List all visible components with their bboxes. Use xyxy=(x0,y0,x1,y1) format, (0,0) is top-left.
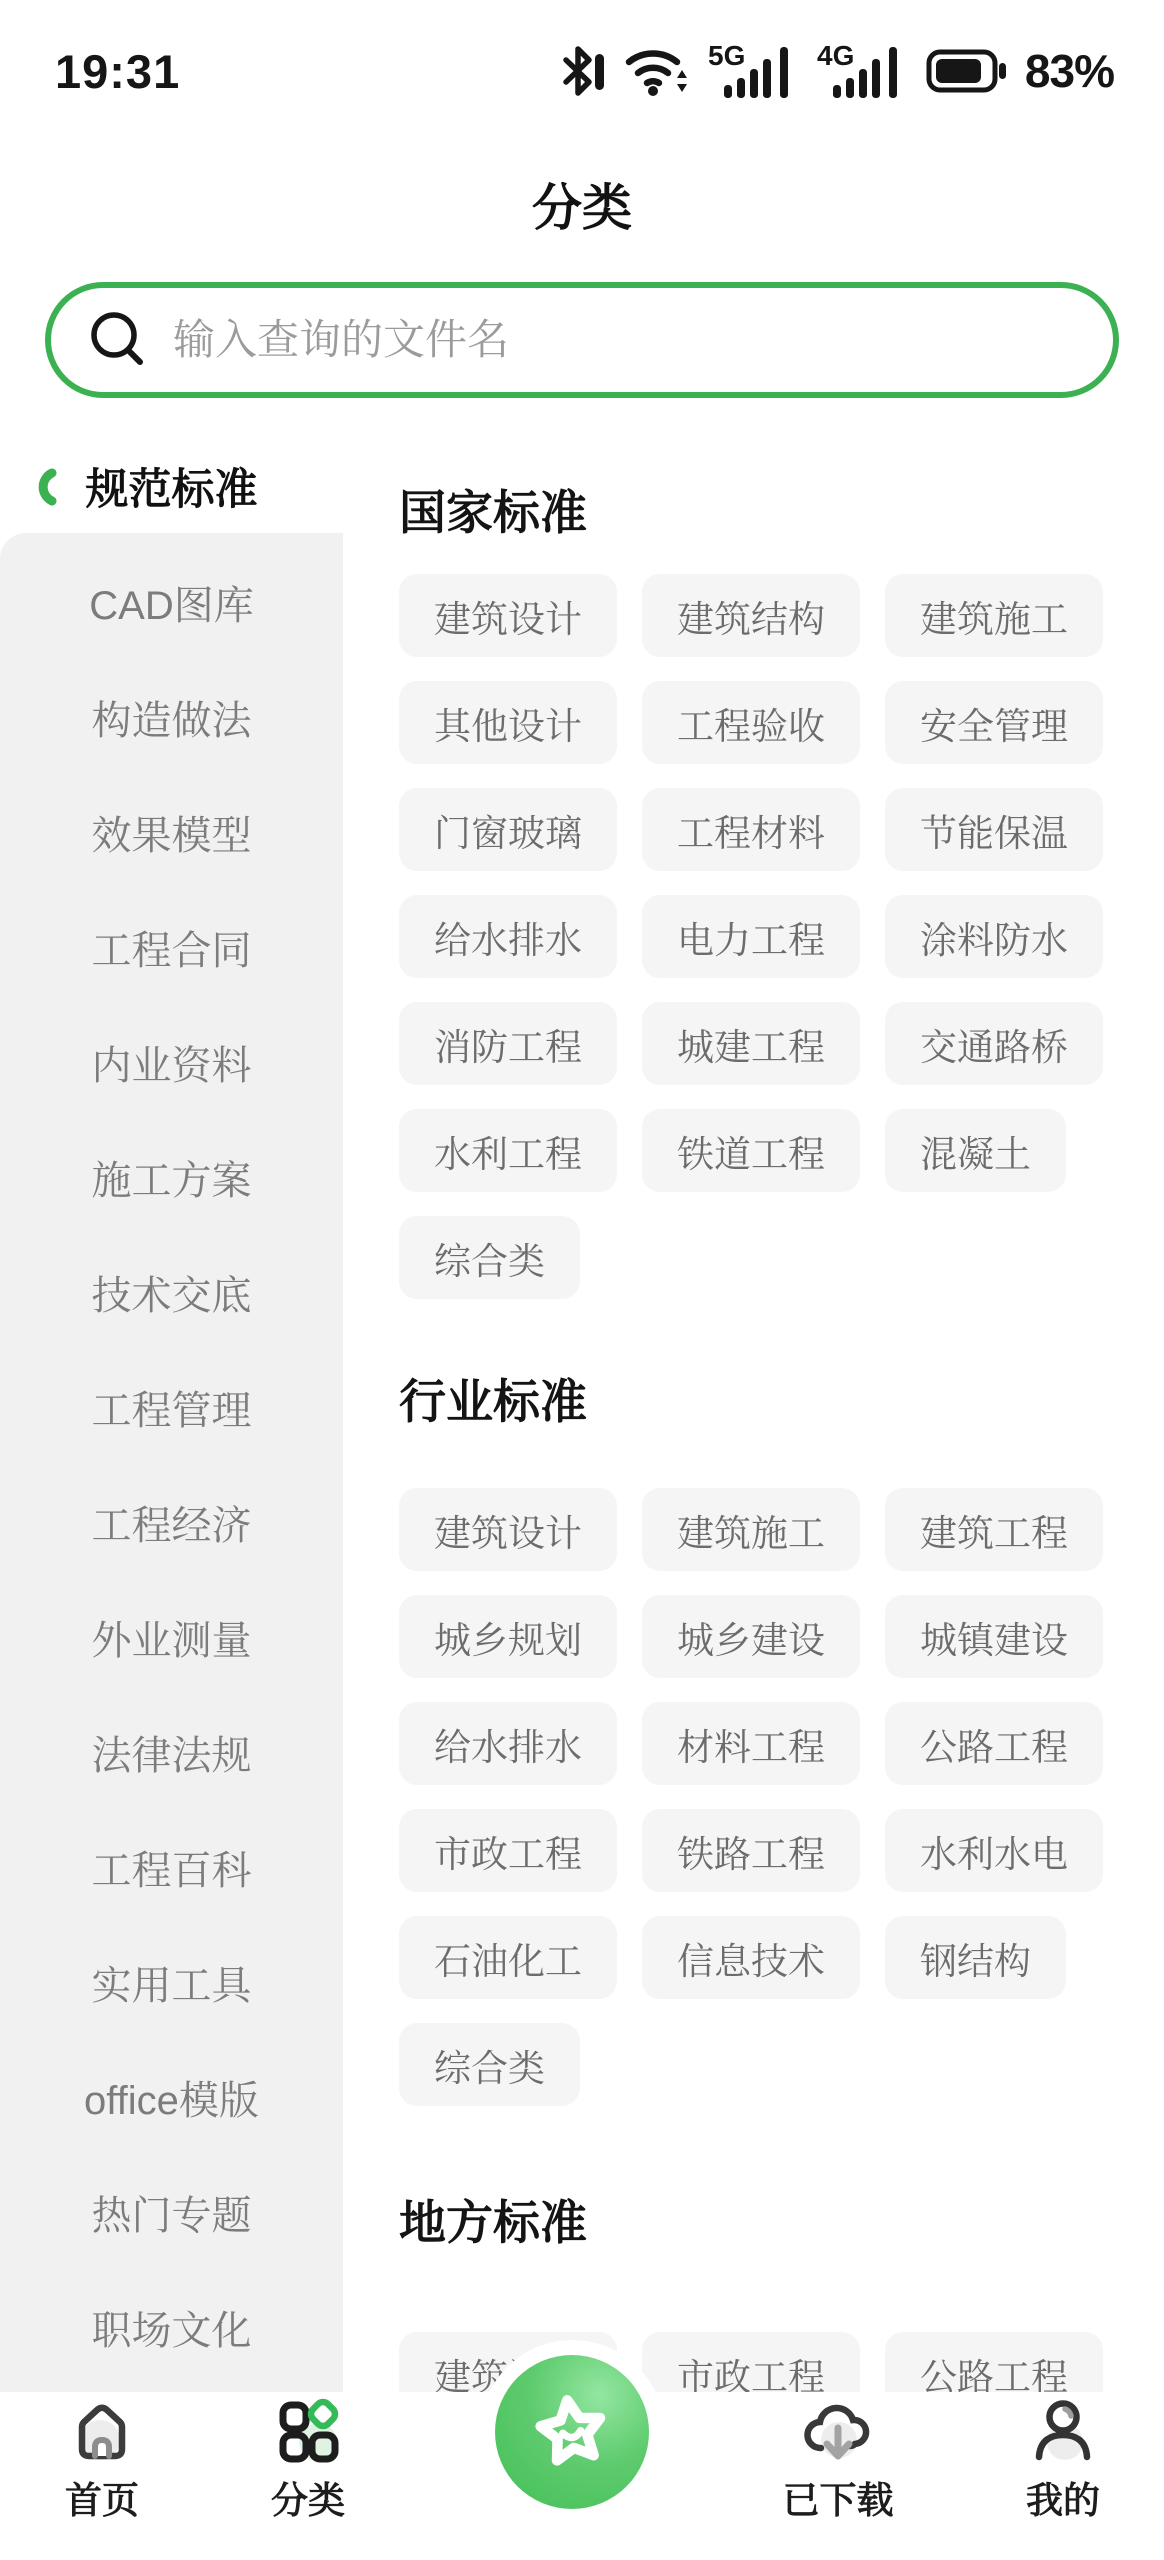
sidebar-item[interactable]: office模版 xyxy=(0,2040,343,2155)
wifi-icon xyxy=(625,44,691,98)
sidebar-item[interactable]: 效果模型 xyxy=(0,775,343,890)
tag-chip[interactable]: 交通路桥 xyxy=(885,1002,1103,1085)
tag-chip[interactable]: 其他设计 xyxy=(399,681,617,764)
signal-5g-icon: 5G xyxy=(708,41,800,101)
category-content: 国家标准 建筑设计建筑结构建筑施工其他设计工程验收安全管理门窗玻璃工程材料节能保… xyxy=(343,440,1164,2392)
signal-badge-5g: 5G xyxy=(708,41,745,71)
battery-percent: 83% xyxy=(1025,44,1114,98)
clock: 19:31 xyxy=(55,44,180,99)
tag-chip[interactable]: 综合类 xyxy=(399,1216,580,1299)
sidebar-item[interactable]: 法律法规 xyxy=(0,1695,343,1810)
sidebar-item[interactable]: 内业资料 xyxy=(0,1005,343,1120)
tag-chip[interactable]: 建筑施工 xyxy=(885,574,1103,657)
section-title-industry: 行业标准 xyxy=(399,1371,1164,1433)
category-sidebar: 规范标准 CAD图库构造做法效果模型工程合同内业资料施工方案技术交底工程管理工程… xyxy=(0,440,343,2392)
tag-chip[interactable]: 工程验收 xyxy=(642,681,860,764)
tab-downloaded[interactable]: 已下载 xyxy=(738,2398,938,2524)
tab-home[interactable]: 首页 xyxy=(2,2398,202,2524)
section-title-national: 国家标准 xyxy=(399,482,1164,544)
tag-chip[interactable]: 建筑工程 xyxy=(885,1488,1103,1571)
battery-icon xyxy=(926,48,1008,94)
tag-chip[interactable]: 钢结构 xyxy=(885,1916,1066,1999)
tab-mine[interactable]: 我的 xyxy=(963,2398,1163,2524)
fab-button[interactable] xyxy=(495,2355,649,2509)
tag-chip[interactable]: 市政工程 xyxy=(642,2332,860,2392)
tag-chip[interactable]: 城镇建设 xyxy=(885,1595,1103,1678)
tag-chip[interactable]: 公路工程 xyxy=(885,1702,1103,1785)
tag-chip[interactable]: 消防工程 xyxy=(399,1002,617,1085)
tag-chip[interactable]: 城建工程 xyxy=(642,1002,860,1085)
sidebar-item[interactable]: 实用工具 xyxy=(0,1925,343,2040)
tag-chip[interactable]: 城乡规划 xyxy=(399,1595,617,1678)
tag-chip[interactable]: 建筑施工 xyxy=(642,1488,860,1571)
status-bar: 19:31 5G xyxy=(55,36,1114,106)
cloud-download-icon xyxy=(803,2398,873,2464)
search-icon xyxy=(87,309,149,371)
tag-grid-national: 建筑设计建筑结构建筑施工其他设计工程验收安全管理门窗玻璃工程材料节能保温给水排水… xyxy=(399,574,1164,1299)
bluetooth-icon xyxy=(556,43,608,99)
tag-chip[interactable]: 给水排水 xyxy=(399,1702,617,1785)
sidebar-item[interactable]: 工程百科 xyxy=(0,1810,343,1925)
tab-label: 分类 xyxy=(271,2470,345,2524)
tag-grid-industry: 建筑设计建筑施工建筑工程城乡规划城乡建设城镇建设给水排水材料工程公路工程市政工程… xyxy=(399,1488,1164,2106)
tag-chip[interactable]: 门窗玻璃 xyxy=(399,788,617,871)
sidebar-item[interactable]: 技术交底 xyxy=(0,1235,343,1350)
sidebar-item[interactable]: 职场文化 xyxy=(0,2270,343,2385)
tab-label: 我的 xyxy=(1026,2470,1100,2524)
tag-chip[interactable]: 信息技术 xyxy=(642,1916,860,1999)
tag-chip[interactable]: 水利工程 xyxy=(399,1109,617,1192)
tab-label: 首页 xyxy=(65,2470,139,2524)
sidebar-item-active[interactable]: 规范标准 xyxy=(0,440,343,533)
sidebar-item[interactable]: 工程合同 xyxy=(0,890,343,1005)
tag-chip[interactable]: 综合类 xyxy=(399,2023,580,2106)
tag-chip[interactable]: 水利水电 xyxy=(885,1809,1103,1892)
person-icon xyxy=(1030,2398,1096,2464)
sidebar-item[interactable]: 外业测量 xyxy=(0,1580,343,1695)
tag-chip[interactable]: 石油化工 xyxy=(399,1916,617,1999)
tag-chip[interactable]: 电力工程 xyxy=(642,895,860,978)
section-title-local: 地方标准 xyxy=(399,2192,1164,2254)
phone-screen: 19:31 5G xyxy=(0,0,1164,2560)
tag-chip[interactable]: 建筑设计 xyxy=(399,1488,617,1571)
search-input[interactable] xyxy=(171,315,1095,365)
sidebar-item-list: CAD图库构造做法效果模型工程合同内业资料施工方案技术交底工程管理工程经济外业测… xyxy=(0,533,343,2392)
grid-icon xyxy=(275,2398,341,2464)
signal-4g-icon: 4G xyxy=(817,41,909,101)
status-icons: 5G 4G 83% xyxy=(556,41,1114,101)
tag-chip[interactable]: 工程材料 xyxy=(642,788,860,871)
tag-chip[interactable]: 混凝土 xyxy=(885,1109,1066,1192)
tag-chip[interactable]: 安全管理 xyxy=(885,681,1103,764)
tag-chip[interactable]: 建筑结构 xyxy=(642,574,860,657)
tag-chip[interactable]: 市政工程 xyxy=(399,1809,617,1892)
sidebar-item[interactable]: 构造做法 xyxy=(0,660,343,775)
tag-chip[interactable]: 建筑设计 xyxy=(399,574,617,657)
tag-chip[interactable]: 铁道工程 xyxy=(642,1109,860,1192)
tab-categories[interactable]: 分类 xyxy=(208,2398,408,2524)
sidebar-item-label: 规范标准 xyxy=(86,456,258,517)
tag-chip[interactable]: 城乡建设 xyxy=(642,1595,860,1678)
tab-label: 已下载 xyxy=(783,2470,894,2524)
tag-chip[interactable]: 材料工程 xyxy=(642,1702,860,1785)
sidebar-item[interactable]: 工程管理 xyxy=(0,1350,343,1465)
tag-chip[interactable]: 给水排水 xyxy=(399,895,617,978)
category-page-body: 规范标准 CAD图库构造做法效果模型工程合同内业资料施工方案技术交底工程管理工程… xyxy=(0,440,1164,2392)
tag-chip[interactable]: 铁路工程 xyxy=(642,1809,860,1892)
tag-chip[interactable]: 节能保温 xyxy=(885,788,1103,871)
signal-badge-4g: 4G xyxy=(817,41,854,71)
tag-chip[interactable]: 公路工程 xyxy=(885,2332,1103,2392)
page-title: 分类 xyxy=(0,168,1164,240)
star-smile-icon xyxy=(524,2384,620,2480)
sidebar-item[interactable]: 工程经济 xyxy=(0,1465,343,1580)
home-icon xyxy=(69,2398,135,2464)
active-indicator-icon xyxy=(34,468,60,506)
tag-chip[interactable]: 涂料防水 xyxy=(885,895,1103,978)
sidebar-item[interactable]: 施工方案 xyxy=(0,1120,343,1235)
search-bar[interactable] xyxy=(45,282,1119,398)
sidebar-item[interactable]: 热门专题 xyxy=(0,2155,343,2270)
sidebar-item[interactable]: CAD图库 xyxy=(0,545,343,660)
